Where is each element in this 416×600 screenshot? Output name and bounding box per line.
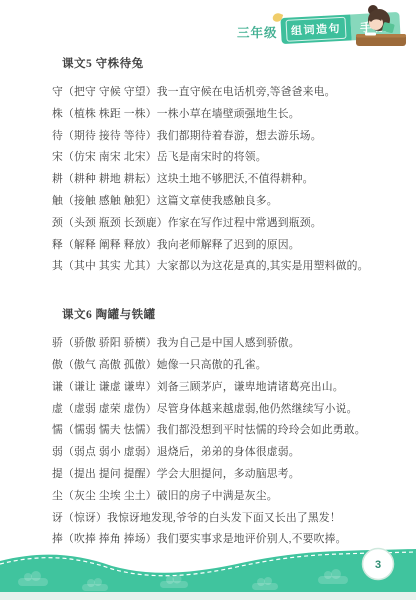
- entry-line: 宋（仿宋 南宋 北宋）岳飞是南宋时的将领。: [52, 147, 402, 169]
- entry-sentence: 破旧的房子中满是灰尘。: [157, 490, 278, 502]
- entry-words: （懦弱 懦夫 怯懦）: [63, 424, 157, 436]
- workbook-page: 三年级 组词造句 手册 课文5 守株待兔 守（把守 守候 守望）我一直守候在电话…: [0, 0, 416, 600]
- entry-char: 虚: [52, 403, 63, 415]
- entry-sentence: 作家在写作过程中常遇到瓶颈。: [168, 217, 322, 229]
- footer-wave: 3: [0, 540, 416, 600]
- entry-sentence: 我们都期待着春游，想去游乐场。: [157, 130, 322, 142]
- entry-char: 颈: [52, 217, 63, 229]
- entry-line: 待（期待 接待 等待）我们都期待着春游，想去游乐场。: [52, 126, 402, 148]
- entry-line: 触（接触 感触 触犯）这篇文章使我感触良多。: [52, 191, 402, 213]
- entry-line: 懦（懦弱 懦夫 怯懦）我们都没想到平时怯懦的玲玲会如此勇敢。: [52, 420, 402, 442]
- entry-char: 宋: [52, 151, 63, 163]
- entry-line: 骄（骄傲 骄阳 骄横）我为自己是中国人感到骄傲。: [52, 333, 402, 355]
- entry-char: 尘: [52, 490, 63, 502]
- entry-sentence: 我一直守候在电话机旁,等爸爸来电。: [157, 86, 336, 98]
- entry-sentence: 尽管身体越来越虚弱,他仍然继续写小说。: [157, 403, 358, 415]
- entry-words: （头颈 瓶颈 长颈鹿）: [63, 217, 168, 229]
- entry-char: 株: [52, 108, 63, 120]
- entry-line: 尘（灰尘 尘埃 尘土）破旧的房子中满是灰尘。: [52, 486, 402, 508]
- wave-shape: [0, 549, 416, 592]
- entry-words: （提出 提问 提醒）: [63, 468, 157, 480]
- entry-line: 释（解释 阐释 释放）我向老师解释了迟到的原因。: [52, 235, 402, 257]
- entry-words: （灰尘 尘埃 尘土）: [63, 490, 157, 502]
- page-footer: 3: [0, 540, 416, 600]
- section-lesson-5: 课文5 守株待兔 守（把守 守候 守望）我一直守候在电话机旁,等爸爸来电。 株（…: [52, 57, 402, 278]
- page-number: 3: [375, 559, 381, 571]
- entry-words: （骄傲 骄阳 骄横）: [63, 337, 157, 349]
- entry-words: （接触 感触 触犯）: [63, 195, 157, 207]
- entry-line: 弱（弱点 弱小 虚弱）退烧后，弟弟的身体很虚弱。: [52, 442, 402, 464]
- page-content: 课文5 守株待兔 守（把守 守候 守望）我一直守候在电话机旁,等爸爸来电。 株（…: [52, 50, 402, 551]
- entry-line: 其（其中 其实 尤其）大家都以为这花是真的,其实是用塑料做的。: [52, 256, 402, 278]
- entry-line: 谦（谦让 谦虚 谦卑）刘备三顾茅庐，谦卑地请诸葛亮出山。: [52, 377, 402, 399]
- entry-sentence: 她像一只高傲的孔雀。: [157, 359, 267, 371]
- entry-sentence: 这块土地不够肥沃,不值得耕种。: [157, 173, 314, 185]
- entry-line: 株（植株 株距 一株）一株小草在墙壁顽强地生长。: [52, 104, 402, 126]
- ribbon-main-badge: 组词造句: [280, 14, 351, 44]
- entry-words: （把守 守候 守望）: [63, 86, 157, 98]
- entry-words: （谦让 谦虚 谦卑）: [63, 381, 157, 393]
- entry-words: （解释 阐释 释放）: [63, 239, 157, 251]
- entry-words: （耕种 耕地 耕耘）: [63, 173, 157, 185]
- entry-words: （傲气 高傲 孤傲）: [63, 359, 157, 371]
- ribbon-main-label: 组词造句: [285, 17, 346, 42]
- entry-words: （植株 株距 一株）: [63, 108, 157, 120]
- entry-sentence: 我惊讶地发现,爷爷的白头发下面又长出了黑发！: [107, 512, 341, 524]
- entry-words: （惊讶）: [63, 512, 107, 524]
- entry-words: （期待 接待 等待）: [63, 130, 157, 142]
- entry-sentence: 我为自己是中国人感到骄傲。: [157, 337, 300, 349]
- page-header: 三年级 组词造句 手册: [0, 0, 416, 52]
- entry-char: 待: [52, 130, 63, 142]
- section-title: 课文5 守株待兔: [62, 57, 402, 71]
- entry-sentence: 这篇文章使我感触良多。: [157, 195, 278, 207]
- entry-char: 谦: [52, 381, 63, 393]
- entry-line: 傲（傲气 高傲 孤傲）她像一只高傲的孔雀。: [52, 355, 402, 377]
- entry-sentence: 岳飞是南宋时的将领。: [157, 151, 267, 163]
- entry-line: 耕（耕种 耕地 耕耘）这块土地不够肥沃,不值得耕种。: [52, 169, 402, 191]
- entry-line: 提（提出 提问 提醒）学会大胆提问，多动脑思考。: [52, 464, 402, 486]
- entry-char: 触: [52, 195, 63, 207]
- entry-char: 提: [52, 468, 63, 480]
- entry-char: 傲: [52, 359, 63, 371]
- entry-sentence: 大家都以为这花是真的,其实是用塑料做的。: [157, 260, 369, 272]
- entry-sentence: 学会大胆提问，多动脑思考。: [157, 468, 300, 480]
- entry-line: 颈（头颈 瓶颈 长颈鹿）作家在写作过程中常遇到瓶颈。: [52, 213, 402, 235]
- entry-words: （其中 其实 尤其）: [63, 260, 157, 272]
- entry-sentence: 我们都没想到平时怯懦的玲玲会如此勇敢。: [157, 424, 366, 436]
- entry-words: （仿宋 南宋 北宋）: [63, 151, 157, 163]
- entry-char: 释: [52, 239, 63, 251]
- entry-words: （虚弱 虚荣 虚伪）: [63, 403, 157, 415]
- grade-label: 三年级: [237, 23, 278, 41]
- entry-char: 其: [52, 260, 63, 272]
- entry-char: 懦: [52, 424, 63, 436]
- section-lesson-6: 课文6 陶罐与铁罐 骄（骄傲 骄阳 骄横）我为自己是中国人感到骄傲。 傲（傲气 …: [52, 308, 402, 551]
- entry-char: 讶: [52, 512, 63, 524]
- entry-char: 守: [52, 86, 63, 98]
- entry-sentence: 刘备三顾茅庐，谦卑地请诸葛亮出山。: [157, 381, 344, 393]
- entry-words: （弱点 弱小 虚弱）: [63, 446, 157, 458]
- entry-char: 骄: [52, 337, 63, 349]
- entry-sentence: 一株小草在墙壁顽强地生长。: [157, 108, 300, 120]
- entry-sentence: 退烧后，弟弟的身体很虚弱。: [157, 446, 300, 458]
- entry-sentence: 我向老师解释了迟到的原因。: [157, 239, 300, 251]
- section-title: 课文6 陶罐与铁罐: [62, 308, 402, 322]
- entry-char: 弱: [52, 446, 63, 458]
- entry-line: 讶（惊讶）我惊讶地发现,爷爷的白头发下面又长出了黑发！: [52, 508, 402, 530]
- student-illustration: [352, 3, 408, 49]
- entry-line: 守（把守 守候 守望）我一直守候在电话机旁,等爸爸来电。: [52, 82, 402, 104]
- entry-line: 虚（虚弱 虚荣 虚伪）尽管身体越来越虚弱,他仍然继续写小说。: [52, 399, 402, 421]
- entry-char: 耕: [52, 173, 63, 185]
